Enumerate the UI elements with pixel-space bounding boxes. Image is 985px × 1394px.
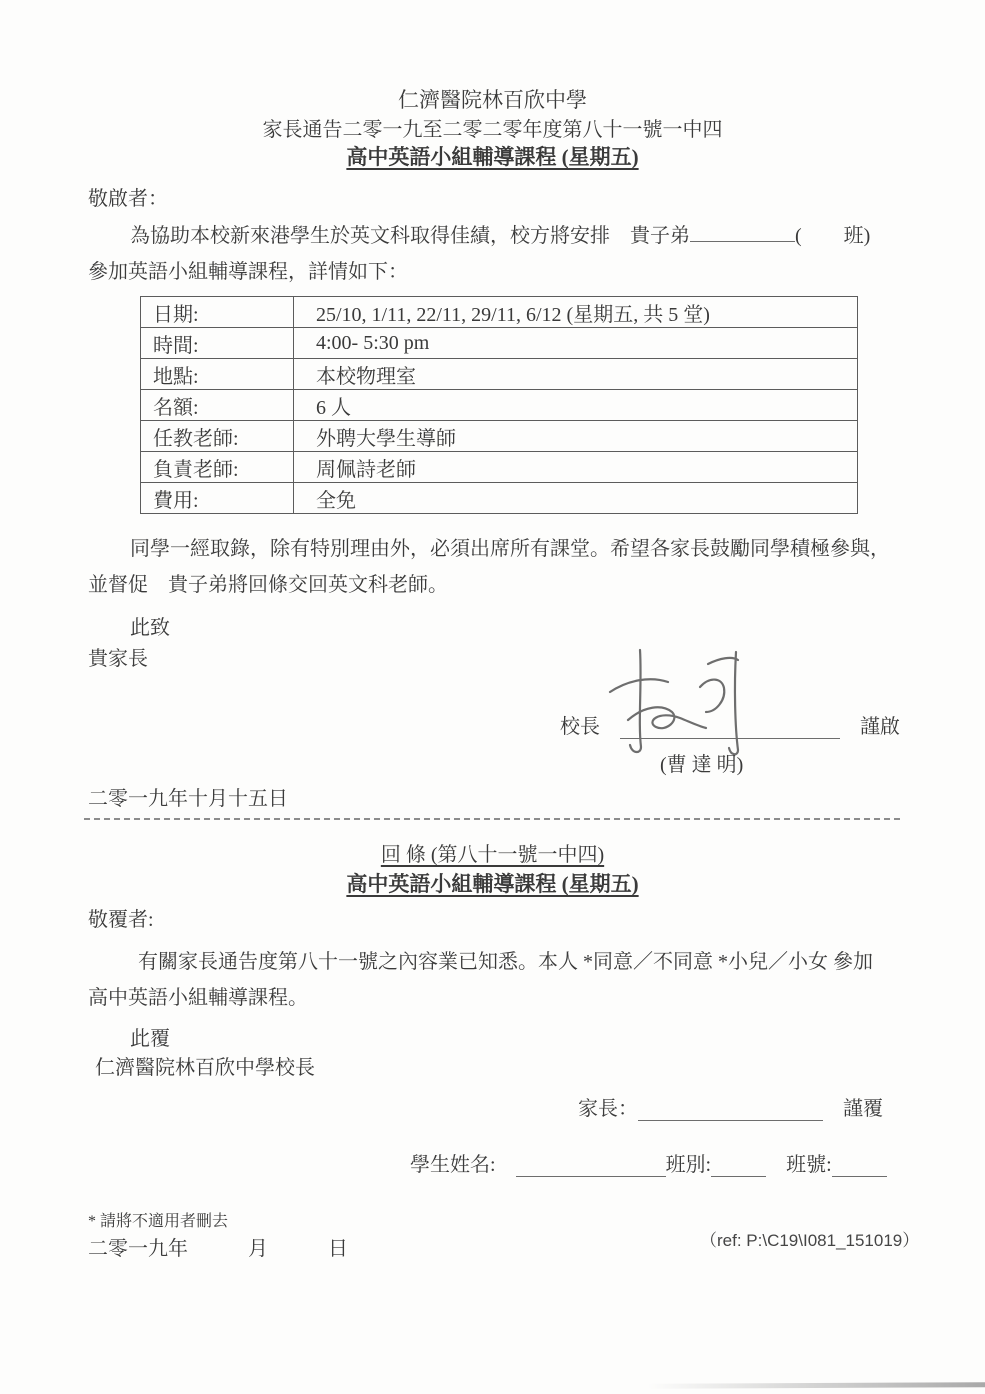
course-title: 高中英語小組輔導課程 (星期五) <box>0 141 985 171</box>
scanned-notice-page: 仁濟醫院林百欣中學 家長通告二零一九至二零二零年度第八十一號一中四 高中英語小組… <box>0 0 985 1394</box>
parent-sign-line: 家長： 謹覆 <box>578 1092 883 1121</box>
intro-text: 為協助本校新來港學生於英文科取得佳績，校方將安排 貴子弟 <box>130 225 690 247</box>
row-value: 本校物理室 <box>294 359 858 390</box>
notice-number-line: 家長通告二零一九至二零二零年度第八十一號一中四 <box>0 113 985 142</box>
row-value: 4:00- 5:30 pm <box>294 328 858 359</box>
intro-paragraph-line1: 為協助本校新來港學生於英文科取得佳績，校方將安排 貴子弟(班) <box>130 219 870 248</box>
table-row: 時間: 4:00- 5:30 pm <box>141 328 858 359</box>
row-value: 周佩詩老師 <box>294 452 858 483</box>
principal-name: (曹 達 明) <box>660 748 743 777</box>
student-info-line: 學生姓名: 班別: 班號: <box>410 1148 887 1177</box>
principal-respect: 謹啟 <box>860 710 900 739</box>
class-blank <box>711 1155 766 1177</box>
row-value: 外聘大學生導師 <box>294 421 858 452</box>
row-label: 任教老師: <box>141 421 294 452</box>
student-name-label: 學生姓名: <box>410 1148 496 1177</box>
principal-label: 校長 <box>560 710 600 739</box>
row-label: 費用: <box>141 483 294 514</box>
closing-recipient: 貴家長 <box>88 642 148 671</box>
row-label: 時間: <box>141 328 294 359</box>
course-details-table: 日期: 25/10, 1/11, 22/11, 29/11, 6/12 (星期五… <box>140 296 858 514</box>
table-row: 地點: 本校物理室 <box>141 359 858 390</box>
class-paren-open: ( <box>795 225 802 247</box>
reply-paragraph-line2: 高中英語小組輔導課程。 <box>88 981 308 1010</box>
attendance-paragraph-line2: 並督促 貴子弟將回條交回英文科老師。 <box>88 568 448 597</box>
row-value: 全免 <box>294 483 858 514</box>
table-row: 名額: 6 人 <box>141 390 858 421</box>
principal-signature <box>588 642 798 764</box>
school-name: 仁濟醫院林百欣中學 <box>0 84 985 114</box>
row-label: 負責老師: <box>141 452 294 483</box>
class-no-blank <box>832 1155 887 1177</box>
scan-edge-artifact <box>648 1382 985 1388</box>
reply-slip-title: 回 條 (第八十一號一中四) <box>0 838 985 867</box>
parent-signature-blank <box>638 1099 823 1121</box>
student-name-blank <box>690 220 795 242</box>
reply-closing-cifu: 此覆 <box>130 1022 170 1051</box>
principal-signature-blank <box>620 717 840 739</box>
row-label: 地點: <box>141 359 294 390</box>
class-no-label: 班號: <box>786 1148 832 1177</box>
salutation: 敬啟者： <box>88 182 168 211</box>
reply-closing-recipient: 仁濟醫院林百欣中學校長 <box>95 1051 315 1080</box>
table-row: 任教老師: 外聘大學生導師 <box>141 421 858 452</box>
file-ref: （ref: P:\C19\I081_151019） <box>700 1226 919 1251</box>
reply-fill-date: 二零一九年 月 日 <box>88 1232 348 1261</box>
principal-sign-line: 校長 謹啟 <box>560 710 900 739</box>
intro-paragraph-line2: 參加英語小組輔導課程，詳情如下： <box>88 255 408 284</box>
row-label: 名額: <box>141 390 294 421</box>
table-row: 費用: 全免 <box>141 483 858 514</box>
cut-divider <box>84 818 900 820</box>
parent-respect: 謹覆 <box>843 1092 883 1121</box>
delete-inapplicable-footnote: * 請將不適用者刪去 <box>88 1208 228 1231</box>
class-paren-close: 班) <box>844 225 871 247</box>
row-label: 日期: <box>141 297 294 328</box>
parent-label: 家長： <box>578 1092 638 1121</box>
attendance-paragraph-line1: 同學一經取錄，除有特別理由外，必須出席所有課堂。希望各家長鼓勵同學積極參與， <box>130 532 890 561</box>
reply-salutation: 敬覆者: <box>88 903 154 932</box>
table-row: 負責老師: 周佩詩老師 <box>141 452 858 483</box>
student-name-blank <box>516 1155 666 1177</box>
row-value: 6 人 <box>294 390 858 421</box>
row-value: 25/10, 1/11, 22/11, 29/11, 6/12 (星期五, 共 … <box>294 297 858 328</box>
table-row: 日期: 25/10, 1/11, 22/11, 29/11, 6/12 (星期五… <box>141 297 858 328</box>
issue-date: 二零一九年十月十五日 <box>88 782 288 811</box>
reply-slip-course-title: 高中英語小組輔導課程 (星期五) <box>0 868 985 898</box>
reply-paragraph-line1: 有關家長通告度第八十一號之內容業已知悉。本人 *同意／不同意 *小兒／小女 參加 <box>138 945 873 974</box>
class-label: 班別: <box>666 1148 712 1177</box>
closing-cizhi: 此致 <box>130 611 170 640</box>
